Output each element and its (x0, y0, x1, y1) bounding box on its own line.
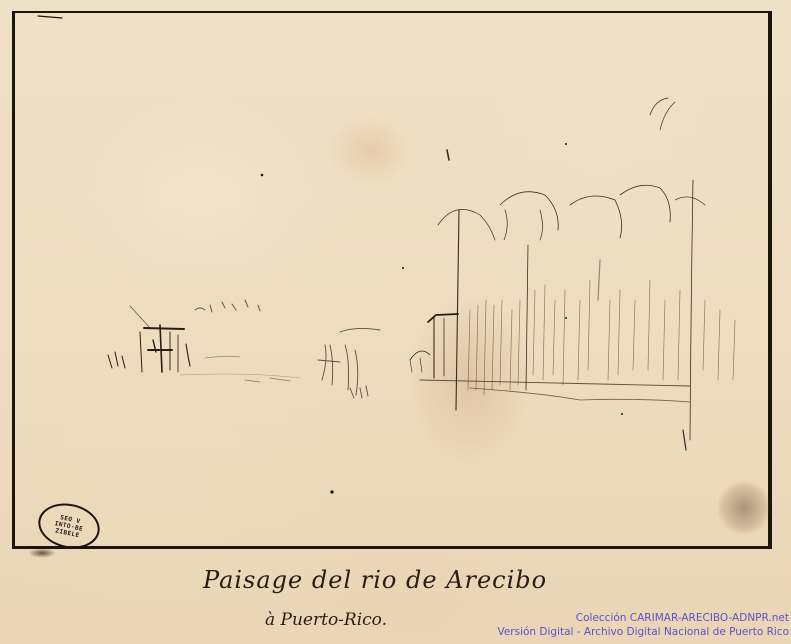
caption-location: à Puerto-Rico. (265, 610, 387, 630)
watermark-archive: Versión Digital - Archivo Digital Nacion… (497, 625, 789, 639)
river-line (420, 380, 690, 386)
house-right (410, 314, 458, 378)
landscape-sketch (0, 0, 791, 644)
watermark-collection: Colección CARIMAR-ARECIBO-ADNPR.net (497, 611, 789, 625)
hut-left (108, 306, 190, 372)
caption-title: Paisage del rio de Arecibo (203, 566, 547, 594)
figures-center (318, 328, 380, 398)
archive-watermark: Colección CARIMAR-ARECIBO-ADNPR.net Vers… (497, 611, 789, 639)
